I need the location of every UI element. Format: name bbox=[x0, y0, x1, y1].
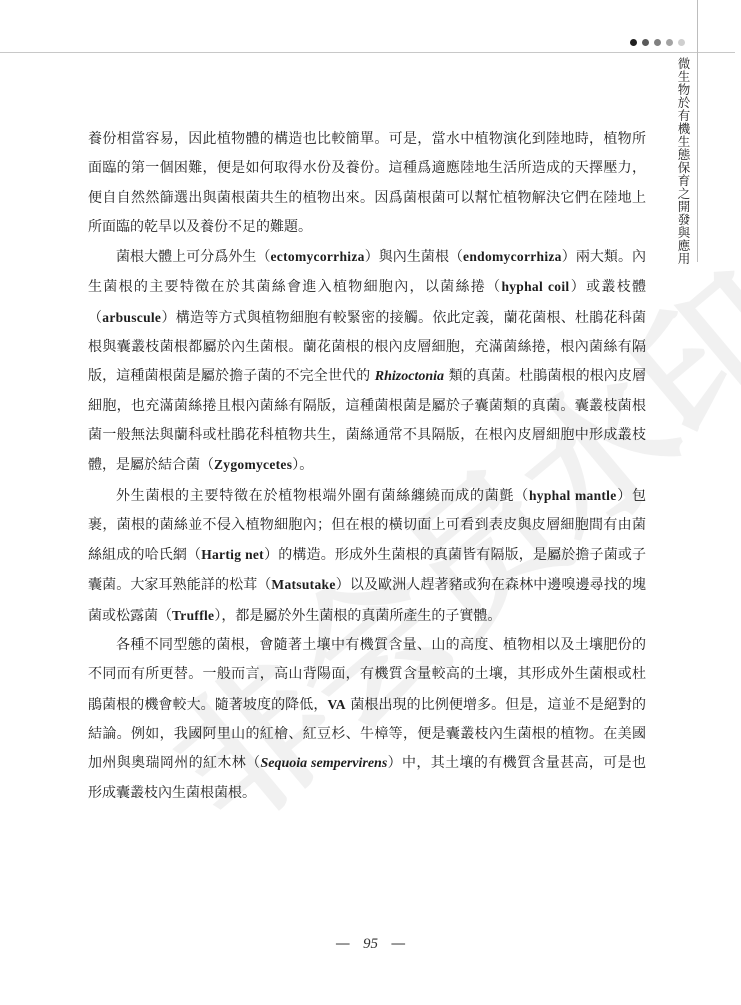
header-rule bbox=[0, 52, 735, 53]
text-run: 外生菌根的主要特徵在於植物根端外圍有菌絲纏繞而成的菌氈（ bbox=[116, 488, 529, 504]
english-term: VA bbox=[327, 697, 345, 712]
paragraph: 各種不同型態的菌根，會隨著土壤中有機質含量、山的高度、植物相以及土壤肥份的不同而… bbox=[88, 631, 646, 808]
dash-right: — bbox=[391, 934, 406, 952]
header-dots bbox=[630, 39, 685, 46]
english-term: Truffle bbox=[172, 608, 214, 623]
english-term: ectomycorrhiza bbox=[271, 249, 365, 264]
english-term: hyphal mantle bbox=[529, 488, 617, 503]
english-term: Zygomycetes bbox=[214, 457, 292, 472]
dot-icon bbox=[678, 39, 685, 46]
text-run: 養份相當容易，因此植物體的構造也比較簡單。可是，當水中植物演化到陸地時，植物所面… bbox=[88, 131, 646, 235]
paragraph: 菌根大體上可分爲外生（ectomycorrhiza）與內生菌根（endomyco… bbox=[88, 242, 646, 480]
page-footer: — 95 — bbox=[0, 934, 741, 953]
text-run: 菌根大體上可分爲外生（ bbox=[116, 249, 271, 265]
body-text: 養份相當容易，因此植物體的構造也比較簡單。可是，當水中植物演化到陸地時，植物所面… bbox=[88, 125, 646, 808]
dot-icon bbox=[666, 39, 673, 46]
english-term: arbuscule bbox=[102, 310, 161, 325]
english-term: hyphal coil bbox=[501, 279, 569, 294]
running-chapter-title: 微生物於有機生態保育之開發與應用 bbox=[673, 57, 691, 265]
english-term: endomycorrhiza bbox=[463, 249, 562, 264]
dot-icon bbox=[654, 39, 661, 46]
dot-icon bbox=[642, 39, 649, 46]
paragraph: 養份相當容易，因此植物體的構造也比較簡單。可是，當水中植物演化到陸地時，植物所面… bbox=[88, 125, 646, 242]
dash-left: — bbox=[335, 934, 350, 952]
italic-term: Sequoia sempervirens bbox=[261, 756, 388, 771]
page-number: 95 bbox=[363, 936, 378, 952]
english-term: Matsutake bbox=[271, 577, 335, 592]
text-run: ），都是屬於外生菌根的真菌所產生的子實體。 bbox=[214, 608, 501, 624]
english-term: Hartig net bbox=[201, 547, 264, 562]
margin-rule bbox=[697, 0, 698, 262]
paragraph: 外生菌根的主要特徵在於植物根端外圍有菌絲纏繞而成的菌氈（hyphal mantl… bbox=[88, 481, 646, 631]
text-run: ）與內生菌根（ bbox=[365, 249, 463, 265]
text-run: ）。 bbox=[292, 457, 313, 473]
italic-term: Rhizoctonia bbox=[375, 369, 444, 384]
dot-icon bbox=[630, 39, 637, 46]
